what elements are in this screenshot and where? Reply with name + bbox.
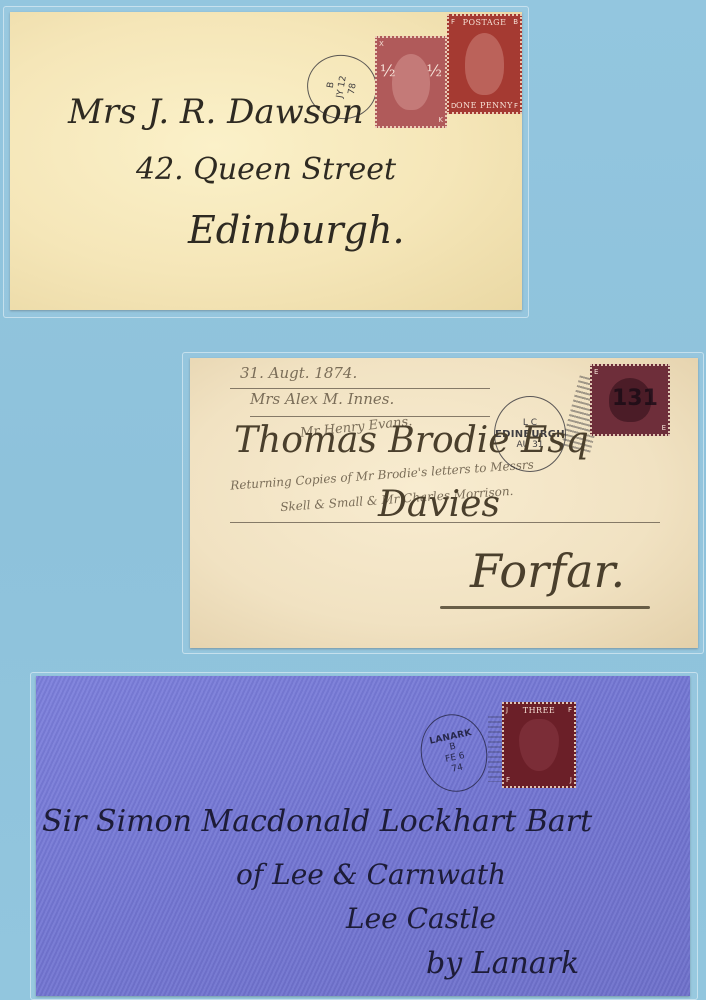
stamp-halfpenny: X K ½ ½ <box>375 36 447 128</box>
cancel-number: 131 <box>612 386 658 411</box>
postmark-lanark: LANARK B FE 6 74 <box>414 708 495 798</box>
docket-rule-2 <box>250 416 490 417</box>
docket-date: 31. Augt. 1874. <box>240 364 357 382</box>
stamp-three-halfpence-plate: THREE J F F J <box>502 702 576 788</box>
address-line-1: Sir Simon Macdonald Lockhart Bart <box>42 804 592 839</box>
docket-line-1: Mrs Alex M. Innes. <box>250 390 394 408</box>
address-line-2: of Lee & Carnwath <box>236 858 506 891</box>
cover-dawson: B JY 12 78 X K ½ ½ POSTAGE ONE PENNY F B… <box>10 12 522 310</box>
forfar-underline <box>440 606 650 609</box>
stamp-one-penny: POSTAGE ONE PENNY F B D F <box>447 14 522 114</box>
address-line-2: Davies <box>378 484 500 525</box>
queen-portrait-icon <box>465 33 505 94</box>
address-rule <box>230 522 660 523</box>
docket-rule-1 <box>230 388 490 389</box>
stamp-three-halfpence: E E 131 <box>590 364 670 436</box>
address-line-3: Lee Castle <box>346 902 496 935</box>
address-line-1: Thomas Brodie Esq <box>234 420 589 461</box>
address-line-2: 42. Queen Street <box>136 152 396 187</box>
address-line-3: Edinburgh. <box>188 208 405 252</box>
queen-portrait-icon <box>392 54 430 110</box>
queen-portrait-icon <box>519 719 558 772</box>
address-line-4: by Lanark <box>426 946 579 981</box>
cover-brodie: 31. Augt. 1874. Mrs Alex M. Innes. Mr He… <box>190 358 698 648</box>
address-line-3: Forfar. <box>470 544 625 598</box>
address-line-1: Mrs J. R. Dawson <box>68 92 364 132</box>
cover-lockhart: LANARK B FE 6 74 THREE J F F J Sir Simon… <box>36 676 690 996</box>
